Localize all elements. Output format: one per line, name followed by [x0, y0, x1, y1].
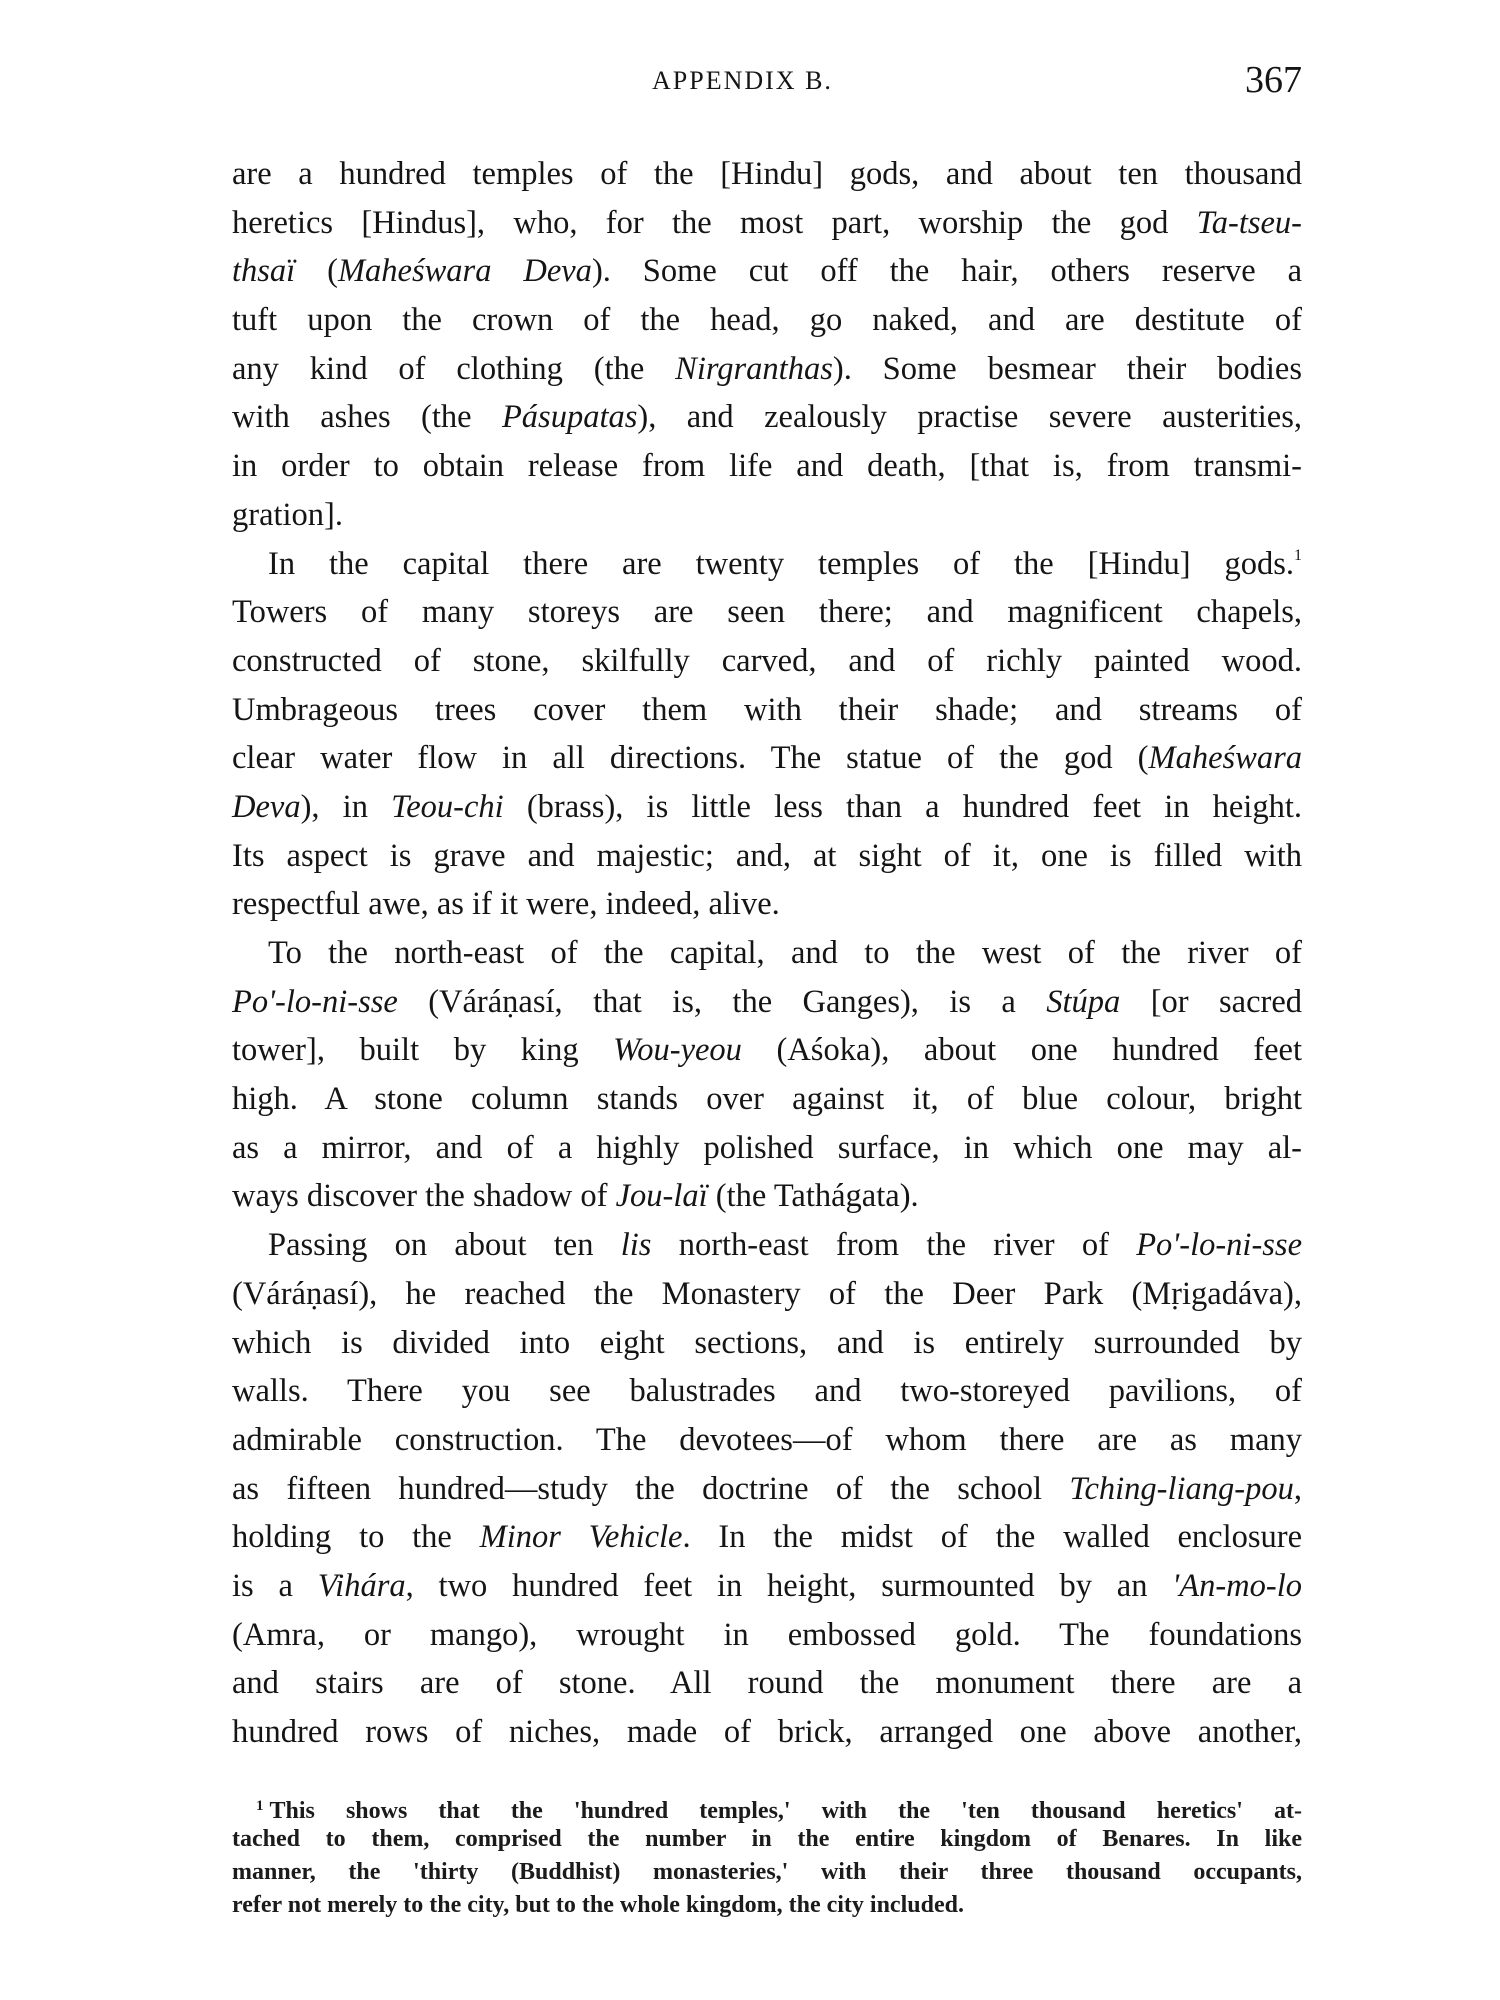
text-line: admirable construction. The devotees—of … [232, 1416, 1302, 1465]
text-line: (Amra, or mango), wrought in embossed go… [232, 1611, 1302, 1660]
text-line: In the capital there are twenty temples … [232, 540, 1302, 589]
italic-term: Po'-lo-ni-sse [1136, 1227, 1302, 1263]
italic-term: Jou-laï [616, 1178, 708, 1214]
italic-term: Tching-liang-pou [1069, 1471, 1294, 1507]
body-text: are a hundred temples of the [Hindu] god… [232, 150, 1302, 1757]
text-line: Its aspect is grave and majestic; and, a… [232, 832, 1302, 881]
text-line: hundred rows of niches, made of brick, a… [232, 1708, 1302, 1757]
text-line: ways discover the shadow of Jou-laï (the… [232, 1172, 1302, 1221]
text-line: as fifteen hundred—study the doctrine of… [232, 1465, 1302, 1514]
italic-term: Maheśwara [1149, 740, 1302, 776]
text-line: To the north-east of the capital, and to… [232, 929, 1302, 978]
footnote-ref[interactable]: 1 [1294, 547, 1302, 564]
italic-term: Teou-chi [391, 789, 504, 825]
italic-term: Stúpa [1046, 984, 1120, 1020]
text-line: are a hundred temples of the [Hindu] god… [232, 150, 1302, 199]
italic-term: Ta-tseu- [1197, 205, 1302, 241]
footnote-line: refer not merely to the city, but to the… [232, 1889, 1302, 1922]
footnotes: 1This shows that the 'hundred temples,' … [232, 1790, 1302, 1922]
italic-term: Pásupatas [502, 399, 637, 435]
text-line: tuft upon the crown of the head, go nake… [232, 296, 1302, 345]
text-line: Passing on about ten lis north-east from… [232, 1221, 1302, 1270]
text-line: Towers of many storeys are seen there; a… [232, 588, 1302, 637]
italic-term: thsaï [232, 253, 295, 289]
italic-term: 'An-mo-lo [1172, 1568, 1302, 1604]
text-line: heretics [Hindus], who, for the most par… [232, 199, 1302, 248]
text-line: Po'-lo-ni-sse (Váráṇasí, that is, the Ga… [232, 978, 1302, 1027]
italic-term: Nirgranthas [675, 351, 833, 387]
footnote-line: 1This shows that the 'hundred temples,' … [232, 1790, 1302, 1823]
text-line: Deva), in Teou-chi (brass), is little le… [232, 783, 1302, 832]
text-line: walls. There you see balustrades and two… [232, 1367, 1302, 1416]
footnote-line: manner, the 'thirty (Buddhist) monasteri… [232, 1856, 1302, 1889]
text-line: respectful awe, as if it were, indeed, a… [232, 880, 1302, 929]
text-line: (Váráṇasí), he reached the Monastery of … [232, 1270, 1302, 1319]
italic-term: Minor Vehicle [480, 1519, 683, 1555]
italic-term: Vihára [318, 1568, 406, 1604]
italic-term: Deva [232, 789, 301, 825]
italic-term: lis [621, 1227, 652, 1263]
text-line: is a Vihára, two hundred feet in height,… [232, 1562, 1302, 1611]
book-page: APPENDIX B. 367 are a hundred temples of… [0, 0, 1500, 2000]
page-number: 367 [1245, 58, 1302, 102]
text-line: thsaï (Maheśwara Deva). Some cut off the… [232, 247, 1302, 296]
paragraph-3: To the north-east of the capital, and to… [232, 929, 1302, 1221]
italic-term: Po'-lo-ni-sse [232, 984, 398, 1020]
text-line: holding to the Minor Vehicle. In the mid… [232, 1513, 1302, 1562]
text-line: high. A stone column stands over against… [232, 1075, 1302, 1124]
footnote-text: This shows that the 'hundred temples,' w… [270, 1798, 1303, 1824]
text-line: tower], built by king Wou-yeou (Aśoka), … [232, 1026, 1302, 1075]
paragraph-2: In the capital there are twenty temples … [232, 540, 1302, 930]
text-line: gration]. [232, 491, 1302, 540]
text-line: clear water flow in all directions. The … [232, 734, 1302, 783]
text-line: any kind of clothing (the Nirgranthas). … [232, 345, 1302, 394]
text-line: with ashes (the Pásupatas), and zealousl… [232, 393, 1302, 442]
footnote-line: tached to them, comprised the number in … [232, 1823, 1302, 1856]
text-line: as a mirror, and of a highly polished su… [232, 1124, 1302, 1173]
text-line: Umbrageous trees cover them with their s… [232, 686, 1302, 735]
text-line: which is divided into eight sections, an… [232, 1319, 1302, 1368]
paragraph-4: Passing on about ten lis north-east from… [232, 1221, 1302, 1757]
footnote-mark: 1 [256, 1798, 264, 1814]
running-head: APPENDIX B. 367 [232, 60, 1302, 110]
running-title: APPENDIX B. [652, 66, 833, 96]
text-line: constructed of stone, skilfully carved, … [232, 637, 1302, 686]
text-line: in order to obtain release from life and… [232, 442, 1302, 491]
italic-term: Maheśwara Deva [338, 253, 592, 289]
text-line: and stairs are of stone. All round the m… [232, 1659, 1302, 1708]
paragraph-1: are a hundred temples of the [Hindu] god… [232, 150, 1302, 540]
italic-term: Wou-yeou [613, 1032, 742, 1068]
